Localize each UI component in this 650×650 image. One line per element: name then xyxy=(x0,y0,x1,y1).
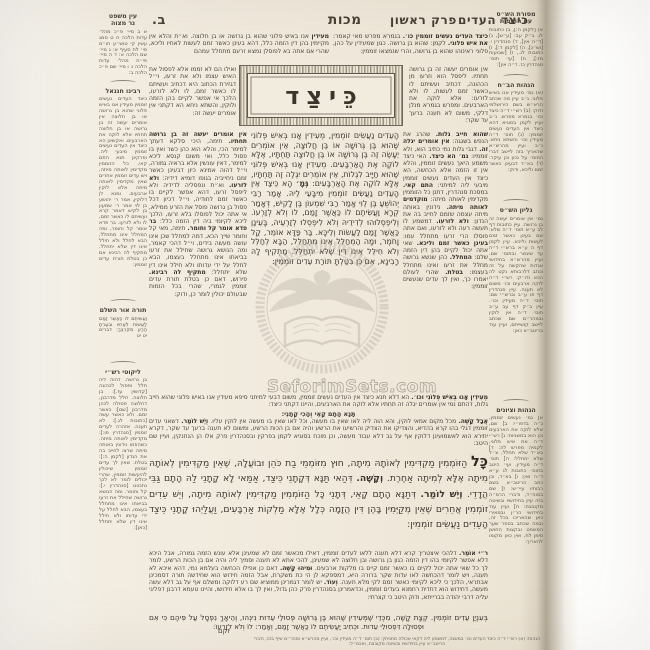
section-title: מסורת הש״ס xyxy=(489,11,543,18)
tosafot-head-block: מעידין אנו באיש פלוני שהוא בן גרושה או ב… xyxy=(149,33,329,64)
right-margin-column: מסורת הש״ס עם הוספות א) [לקמן ה:], ב) כת… xyxy=(489,11,543,638)
opening-word: כֵּיצַד xyxy=(278,82,363,110)
section-divider xyxy=(503,399,529,404)
section-title: הגהות הב״ח xyxy=(489,82,543,89)
section-text: וַעֲשִׂיתֶם לוֹ כַּאֲשֶׁר זָמַם לַעֲשׂוֹ… xyxy=(99,317,147,357)
mesorat-hashas-section: מסורת הש״ס עם הוספות א) [לקמן ה:], ב) כת… xyxy=(489,11,543,70)
torah-or-section: תורה אור השלם וַעֲשִׂיתֶם לוֹ כַּאֲשֶׁר … xyxy=(99,307,147,356)
section-title: ליקוטי רש״י xyxy=(99,369,147,376)
rashi-upper-block: אין אומרים יעשה זה בן גרושה תחתיו. ליפסל… xyxy=(409,66,488,128)
rashi-head-block: כיצד העדים נעשים זוממין כו׳. בגמרא מפרש … xyxy=(333,33,488,64)
section-title: הגהות וציונים xyxy=(489,407,543,414)
section-divider xyxy=(503,199,529,204)
section-subtitle: נר מצוה xyxy=(99,20,147,27)
gilyon-hashas-section: גליון הש״ס גמ׳ אין אומרים יעשה זה בן גרו… xyxy=(489,207,543,394)
section-divider xyxy=(110,80,136,85)
section-text: כיצד העדים נעשים זוממין מעידין אנו באיש … xyxy=(99,97,147,295)
gemara-wide-block: כָּל הַזּוֹמְמִין מַקְדִּימִין לְאוֹתָהּ… xyxy=(149,455,488,548)
section-title: גליון הש״ס xyxy=(489,207,543,214)
likutei-rashi-section: ליקוטי רש״י בן גרושה. דהוה ליה חלל ופסול… xyxy=(99,369,147,616)
section-text: גמ׳ אין אומרים יעשה זה בן גרושה. עיין כת… xyxy=(489,217,543,395)
center-short-line: תָּנָא הָתָם קָאֵי וְהָכִי קָתָנֵי: xyxy=(149,410,488,418)
hagahot-habach-section: הגהות הב״ח (א) גמ׳ מעידין אנו באיש פלוני… xyxy=(489,82,543,195)
section-text: בן גרושה. דהוה ליה חלל ופסול לכהונה [קדו… xyxy=(99,378,147,616)
rabbenu-chananel-section: רבינו חננאל כיצד העדים נעשים זוממין מעיד… xyxy=(99,88,147,295)
talmud-page: כיצד העדים פרק ראשון מכות ב. מסורת הש״ס … xyxy=(0,0,650,650)
opening-word-frame: כֵּיצַד xyxy=(247,73,395,118)
wide-commentary-2: ר״י אוֹמֵר. דלהכי איצטריך קרא דלא תענה ל… xyxy=(149,550,488,612)
section-title: תורה אור השלם xyxy=(99,307,147,314)
beinyan-last-line: וּפְסוּלָה דִּפְסוּלֵי עֵדוּת. וּכְתִיב … xyxy=(149,623,488,632)
daf-number: ב. xyxy=(152,13,166,28)
section-title: רבינו חננאל xyxy=(99,88,147,95)
masechet-title: מכות xyxy=(328,12,362,28)
tosafot-main-block: אין אומרים יעשה זה בן גרושה תחתיו. תימה,… xyxy=(149,131,247,392)
hagahot-vetziyunim-section: הגהות וציונים א] גמ׳ נעשים זוממין, כ״ה ב… xyxy=(489,407,543,628)
section-text: א) [לקמן ה:], ב) כתובות לו. ב״ק עב: [ע״ש… xyxy=(489,28,543,70)
wide-commentary-1: מְעִידִין אָנוּ בְּאִישׁ פְּלוֹנִי וכו׳.… xyxy=(149,394,488,409)
section-text: א ב מיי׳ פ״כ מהל׳ עדות הלכה ח ט סמג עשין… xyxy=(99,30,147,76)
rashi-main-block: שהוא חייב גלות. שהרג את הנפש בשגגה: אין … xyxy=(403,131,488,392)
left-margin-column: עין משפט נר מצוה א ב מיי׳ פ״כ מהל׳ עדות … xyxy=(99,13,147,635)
ein-mishpat-section: עין משפט נר מצוה א ב מיי׳ פ״כ מהל׳ עדות … xyxy=(99,13,147,76)
tosafot-upper-block: ואילו הם לא זממו אלא לפסול את האיש עצמו … xyxy=(149,66,236,128)
section-text: א] גמ׳ נעשים זוממין, כ״ה בדפו״י: ב] שם, … xyxy=(489,416,543,628)
beinyan-block: בְּעִנְיַן עֵדִים זוֹמְמִין. קְצָת קָשֶׁ… xyxy=(149,613,488,623)
section-subtitle: עם הוספות xyxy=(489,18,543,25)
catchword: וקם xyxy=(218,627,230,635)
opening-word-box: כֵּיצַד xyxy=(239,65,403,126)
wide-commentary-1b: אֲבָל קָשֶׁה. מכל מקום אמאי לוקין, והא ה… xyxy=(149,418,488,454)
section-divider xyxy=(110,361,136,366)
section-divider xyxy=(110,299,136,304)
section-title: עין משפט xyxy=(99,13,147,20)
section-divider xyxy=(503,74,529,79)
footnote-line: הגהות: (א) רש״י ד״ה כיצד העדים וכו׳ במשנ… xyxy=(248,637,546,647)
section-text: (א) גמ׳ מעידין אנו באיש פלוני. נ״ב עיין … xyxy=(489,91,543,195)
gemara-column: הָעֵדִים נַעֲשִׂים זוֹמְמִין, מְעִידִין … xyxy=(251,131,399,392)
perek-label: פרק ראשון xyxy=(390,13,457,27)
